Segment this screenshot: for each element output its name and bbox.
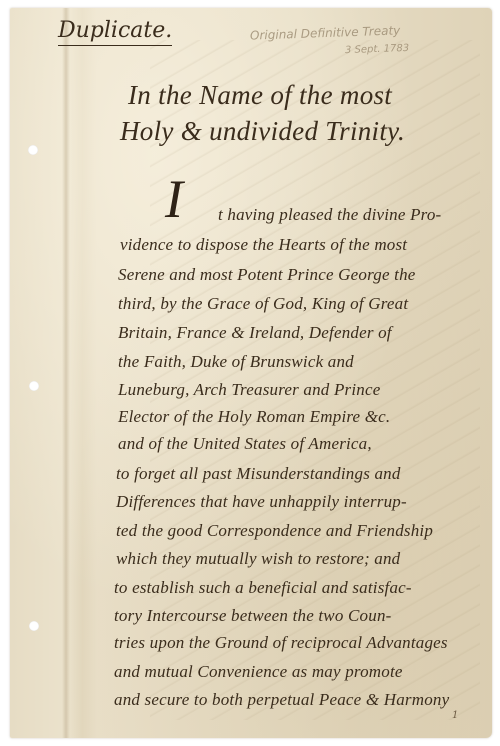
body-line-7: Luneburg, Arch Treasurer and Prince [118, 380, 380, 400]
body-line-12: ted the good Correspondence and Friendsh… [116, 521, 433, 541]
body-line-16: tries upon the Ground of reciprocal Adva… [114, 633, 448, 653]
page-fold-crease [62, 8, 70, 738]
body-line-5: Britain, France & Ireland, Defender of [118, 323, 392, 343]
punch-hole-middle [29, 381, 39, 391]
page-mark: 1 [452, 710, 458, 721]
body-line-1: t having pleased the divine Pro- [218, 205, 441, 225]
body-line-18: and secure to both perpetual Peace & Har… [114, 690, 449, 710]
punch-hole-bottom [29, 621, 39, 631]
body-line-14: to establish such a beneficial and satis… [114, 578, 412, 598]
decorated-initial-letter: I [165, 168, 183, 230]
body-line-2: vidence to dispose the Hearts of the mos… [120, 235, 407, 255]
punch-hole-top [28, 145, 38, 155]
body-line-10: to forget all past Misunderstandings and [116, 464, 401, 484]
invocation-heading-line-2: Holy & undivided Trinity. [120, 116, 405, 147]
body-line-4: third, by the Grace of God, King of Grea… [118, 294, 408, 314]
pencil-annotation-line-2: 3 Sept. 1783 [345, 43, 409, 56]
body-line-6: the Faith, Duke of Brunswick and [118, 352, 354, 372]
body-line-9: and of the United States of America, [118, 434, 372, 454]
invocation-heading-line-1: In the Name of the most [128, 80, 392, 111]
body-line-3: Serene and most Potent Prince George the [118, 265, 416, 285]
duplicate-label: Duplicate. [58, 18, 172, 46]
body-line-17: and mutual Convenience as may promote [114, 662, 403, 682]
body-line-13: which they mutually wish to restore; and [116, 549, 400, 569]
body-line-11: Differences that have unhappily interrup… [116, 492, 407, 512]
body-line-15: tory Intercourse between the two Coun- [114, 606, 392, 626]
body-line-8: Elector of the Holy Roman Empire &c. [118, 407, 390, 427]
